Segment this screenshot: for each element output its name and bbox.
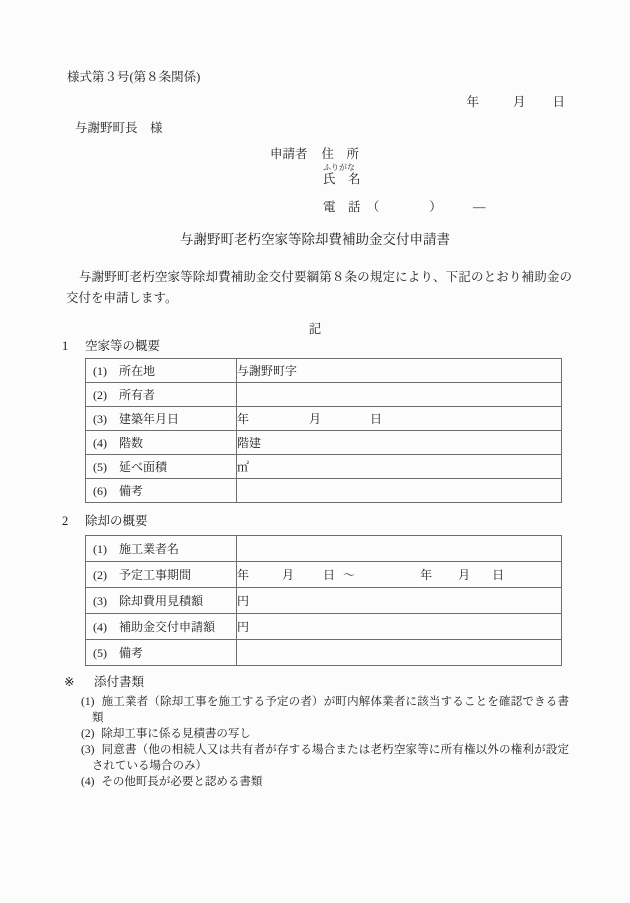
form-number: 様式第３号(第８条関係) [67,70,630,84]
date-day-label: 日 [552,95,565,109]
row-number: (6) [93,484,119,498]
row-label: 階数 [119,436,143,450]
applicant-address-line: 申請者 住 所 [270,147,630,161]
row-number: (5) [93,460,119,474]
row-number: (2) [93,388,119,402]
application-form-document: 様式第３号(第８条関係) 年 月 日 与謝野町長 様 申請者 住 所 ふりがな … [0,0,630,903]
attachments-heading-label: 添付書類 [94,675,144,690]
row-label: 建築年月日 [119,412,179,426]
phone-line: 電 話 （ ） — [323,200,630,214]
vacant-house-summary-table: (1)所在地 与謝野町字 (2)所有者 (3)建築年月日 年月日 (4)階数 階… [85,358,562,503]
table-row: (1)所在地 与謝野町字 [86,359,562,383]
table-row: (4)階数 階建 [86,431,562,455]
table-row: (2)所有者 [86,383,562,407]
list-item: (2)除却工事に係る見積書の写し [92,726,569,742]
row-label: 施工業者名 [119,542,179,556]
table-row: (5)備考 [86,640,562,666]
row-number: (5) [93,646,119,660]
row-label: 備考 [119,484,143,498]
row-number: (3) [93,412,119,426]
row-value [237,383,562,407]
table-row: (2)予定工事期間 年月日～年月日 [86,562,562,588]
row-value [237,479,562,503]
demolition-summary-table: (1)施工業者名 (2)予定工事期間 年月日～年月日 (3)除却費用見積額 円 … [85,535,562,666]
reference-mark: ※ [64,675,94,690]
applicant-block: 申請者 住 所 ふりがな 氏 名 電 話 （ ） — [270,147,630,214]
table-row: (5)延べ面積 ㎡ [86,455,562,479]
date-month-label: 月 [513,95,526,109]
row-label: 補助金交付申請額 [119,620,215,634]
list-item: (1)施工業者（除却工事を施工する予定の者）が町内解体業者に該当することを確認で… [92,694,569,726]
document-title: 与謝野町老朽空家等除却費補助金交付申請書 [0,232,630,247]
table-row: (6)備考 [86,479,562,503]
row-value: 年月日 [237,407,562,431]
address-label: 住 所 [322,147,360,161]
row-number: (3) [93,594,119,608]
section-2-heading: 2 除却の概要 [62,514,630,528]
attachments-list: (1)施工業者（除却工事を施工する予定の者）が町内解体業者に該当することを確認で… [64,694,569,790]
section-1-title: 空家等の概要 [85,339,160,353]
row-number: (1) [93,542,119,556]
addressee: 与謝野町長 様 [75,121,630,135]
row-number: (2) [93,568,119,582]
section-2-title: 除却の概要 [85,514,148,528]
date-line: 年 月 日 [0,95,630,109]
row-value: 階建 [237,431,562,455]
record-mark: 記 [0,322,630,336]
table-row: (3)建築年月日 年月日 [86,407,562,431]
row-value: 年月日～年月日 [237,562,562,588]
furigana-label: ふりがな [323,163,630,172]
list-item: (4)その他町長が必要と認める書類 [92,774,569,790]
row-number: (4) [93,620,119,634]
row-number: (1) [93,364,119,378]
body-paragraph: 与謝野町老朽空家等除却費補助金交付要綱第８条の規定により、下記のとおり補助金の交… [66,267,572,309]
row-label: 除却費用見積額 [119,594,203,608]
table-row: (4)補助金交付申請額 円 [86,614,562,640]
applicant-label: 申請者 [270,147,308,161]
row-value: 円 [237,588,562,614]
section-1-heading: 1 空家等の概要 [62,339,630,353]
date-year-label: 年 [466,95,479,109]
row-label: 備考 [119,646,143,660]
list-item: (3)同意書（他の相続人又は共有者が存する場合または老朽空家等に所有権以外の権利… [92,742,569,774]
section-1-number: 1 [62,339,85,353]
row-label: 予定工事期間 [119,568,191,582]
table-row: (1)施工業者名 [86,536,562,562]
row-value: 円 [237,614,562,640]
table-row: (3)除却費用見積額 円 [86,588,562,614]
row-label: 延べ面積 [119,460,167,474]
row-value: 与謝野町字 [237,359,562,383]
attachments-section: ※ 添付書類 (1)施工業者（除却工事を施工する予定の者）が町内解体業者に該当す… [64,675,569,790]
row-label: 所有者 [119,388,155,402]
attachments-heading: ※ 添付書類 [64,675,569,690]
row-value: ㎡ [237,455,562,479]
row-value [237,640,562,666]
section-2-number: 2 [62,514,85,528]
row-value [237,536,562,562]
row-label: 所在地 [119,364,155,378]
name-label: 氏 名 [323,172,630,186]
row-number: (4) [93,436,119,450]
